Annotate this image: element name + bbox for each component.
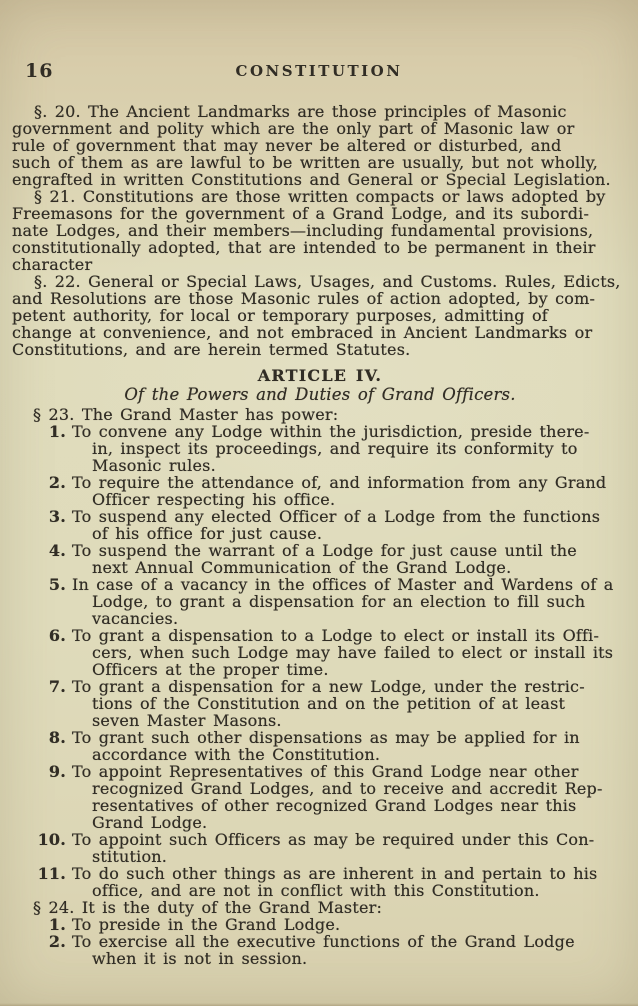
list-item-number: 4. xyxy=(32,542,72,559)
running-header-title: CONSTITUTION xyxy=(0,62,638,80)
list-item-text: To grant such other dispensations as may… xyxy=(72,729,580,763)
list-item: 11. To do such other things as are inher… xyxy=(32,865,628,899)
list-item-text: To exercise all the executive functions … xyxy=(72,933,575,967)
list-item: 4. To suspend the warrant of a Lodge for… xyxy=(32,542,628,576)
list-item-number: 11. xyxy=(32,865,72,882)
list-item-text: To appoint Representatives of this Grand… xyxy=(72,763,603,831)
list-item-number: 5. xyxy=(32,576,72,593)
list-item-number: 3. xyxy=(32,508,72,525)
list-item-number: 9. xyxy=(32,763,72,780)
list-item-number: 1. xyxy=(32,916,72,933)
list-item-number: 6. xyxy=(32,627,72,644)
list-item-text: To convene any Lodge within the jurisdic… xyxy=(72,423,589,474)
paragraph-section-20: §. 20. The Ancient Landmarks are those p… xyxy=(12,103,628,188)
article-iv-subtitle: Of the Powers and Duties of Grand Office… xyxy=(12,386,628,403)
list-item: 9. To appoint Representatives of this Gr… xyxy=(32,763,628,831)
page-body: §. 20. The Ancient Landmarks are those p… xyxy=(0,103,638,967)
list-item-text: To grant a dispensation to a Lodge to el… xyxy=(72,627,613,678)
article-iv-title: ARTICLE IV. xyxy=(12,367,628,384)
list-item-text: To suspend any elected Officer of a Lodg… xyxy=(72,508,600,542)
list-item-text: To appoint such Officers as may be requi… xyxy=(72,831,594,865)
list-item-text: To grant a dispensation for a new Lodge,… xyxy=(72,678,585,729)
list-item-number: 2. xyxy=(32,933,72,950)
list-item-text: To suspend the warrant of a Lodge for ju… xyxy=(72,542,577,576)
paragraph-section-22: §. 22. General or Special Laws, Usages, … xyxy=(12,273,628,358)
list-item: 1. To preside in the Grand Lodge. xyxy=(32,916,628,933)
scanned-book-page: 16 CONSTITUTION §. 20. The Ancient Landm… xyxy=(0,0,638,1006)
list-item: 10. To appoint such Officers as may be r… xyxy=(32,831,628,865)
list-item: 8. To grant such other dispensations as … xyxy=(32,729,628,763)
list-item: 6. To grant a dispensation to a Lodge to… xyxy=(32,627,628,678)
list-item: 1. To convene any Lodge within the juris… xyxy=(32,423,628,474)
list-item-number: 8. xyxy=(32,729,72,746)
list-item-number: 7. xyxy=(32,678,72,695)
paragraph-section-21: § 21. Constitutions are those written co… xyxy=(12,188,628,273)
list-item-number: 2. xyxy=(32,474,72,491)
list-item: 3. To suspend any elected Officer of a L… xyxy=(32,508,628,542)
list-item: 5. In case of a vacancy in the offices o… xyxy=(32,576,628,627)
page-header: 16 CONSTITUTION xyxy=(0,60,638,82)
list-item: 2. To exercise all the executive functio… xyxy=(32,933,628,967)
list-item-text: In case of a vacancy in the offices of M… xyxy=(72,576,614,627)
list-item: 2. To require the attendance of, and inf… xyxy=(32,474,628,508)
section-23-heading: § 23. The Grand Master has power: xyxy=(33,406,628,423)
list-item-text: To preside in the Grand Lodge. xyxy=(72,916,340,933)
list-item-number: 10. xyxy=(32,831,72,848)
list-item-number: 1. xyxy=(32,423,72,440)
list-item-text: To do such other things as are inherent … xyxy=(72,865,597,899)
section-24-heading: § 24. It is the duty of the Grand Master… xyxy=(33,899,628,916)
list-item: 7. To grant a dispensation for a new Lod… xyxy=(32,678,628,729)
list-item-text: To require the attendance of, and inform… xyxy=(72,474,606,508)
